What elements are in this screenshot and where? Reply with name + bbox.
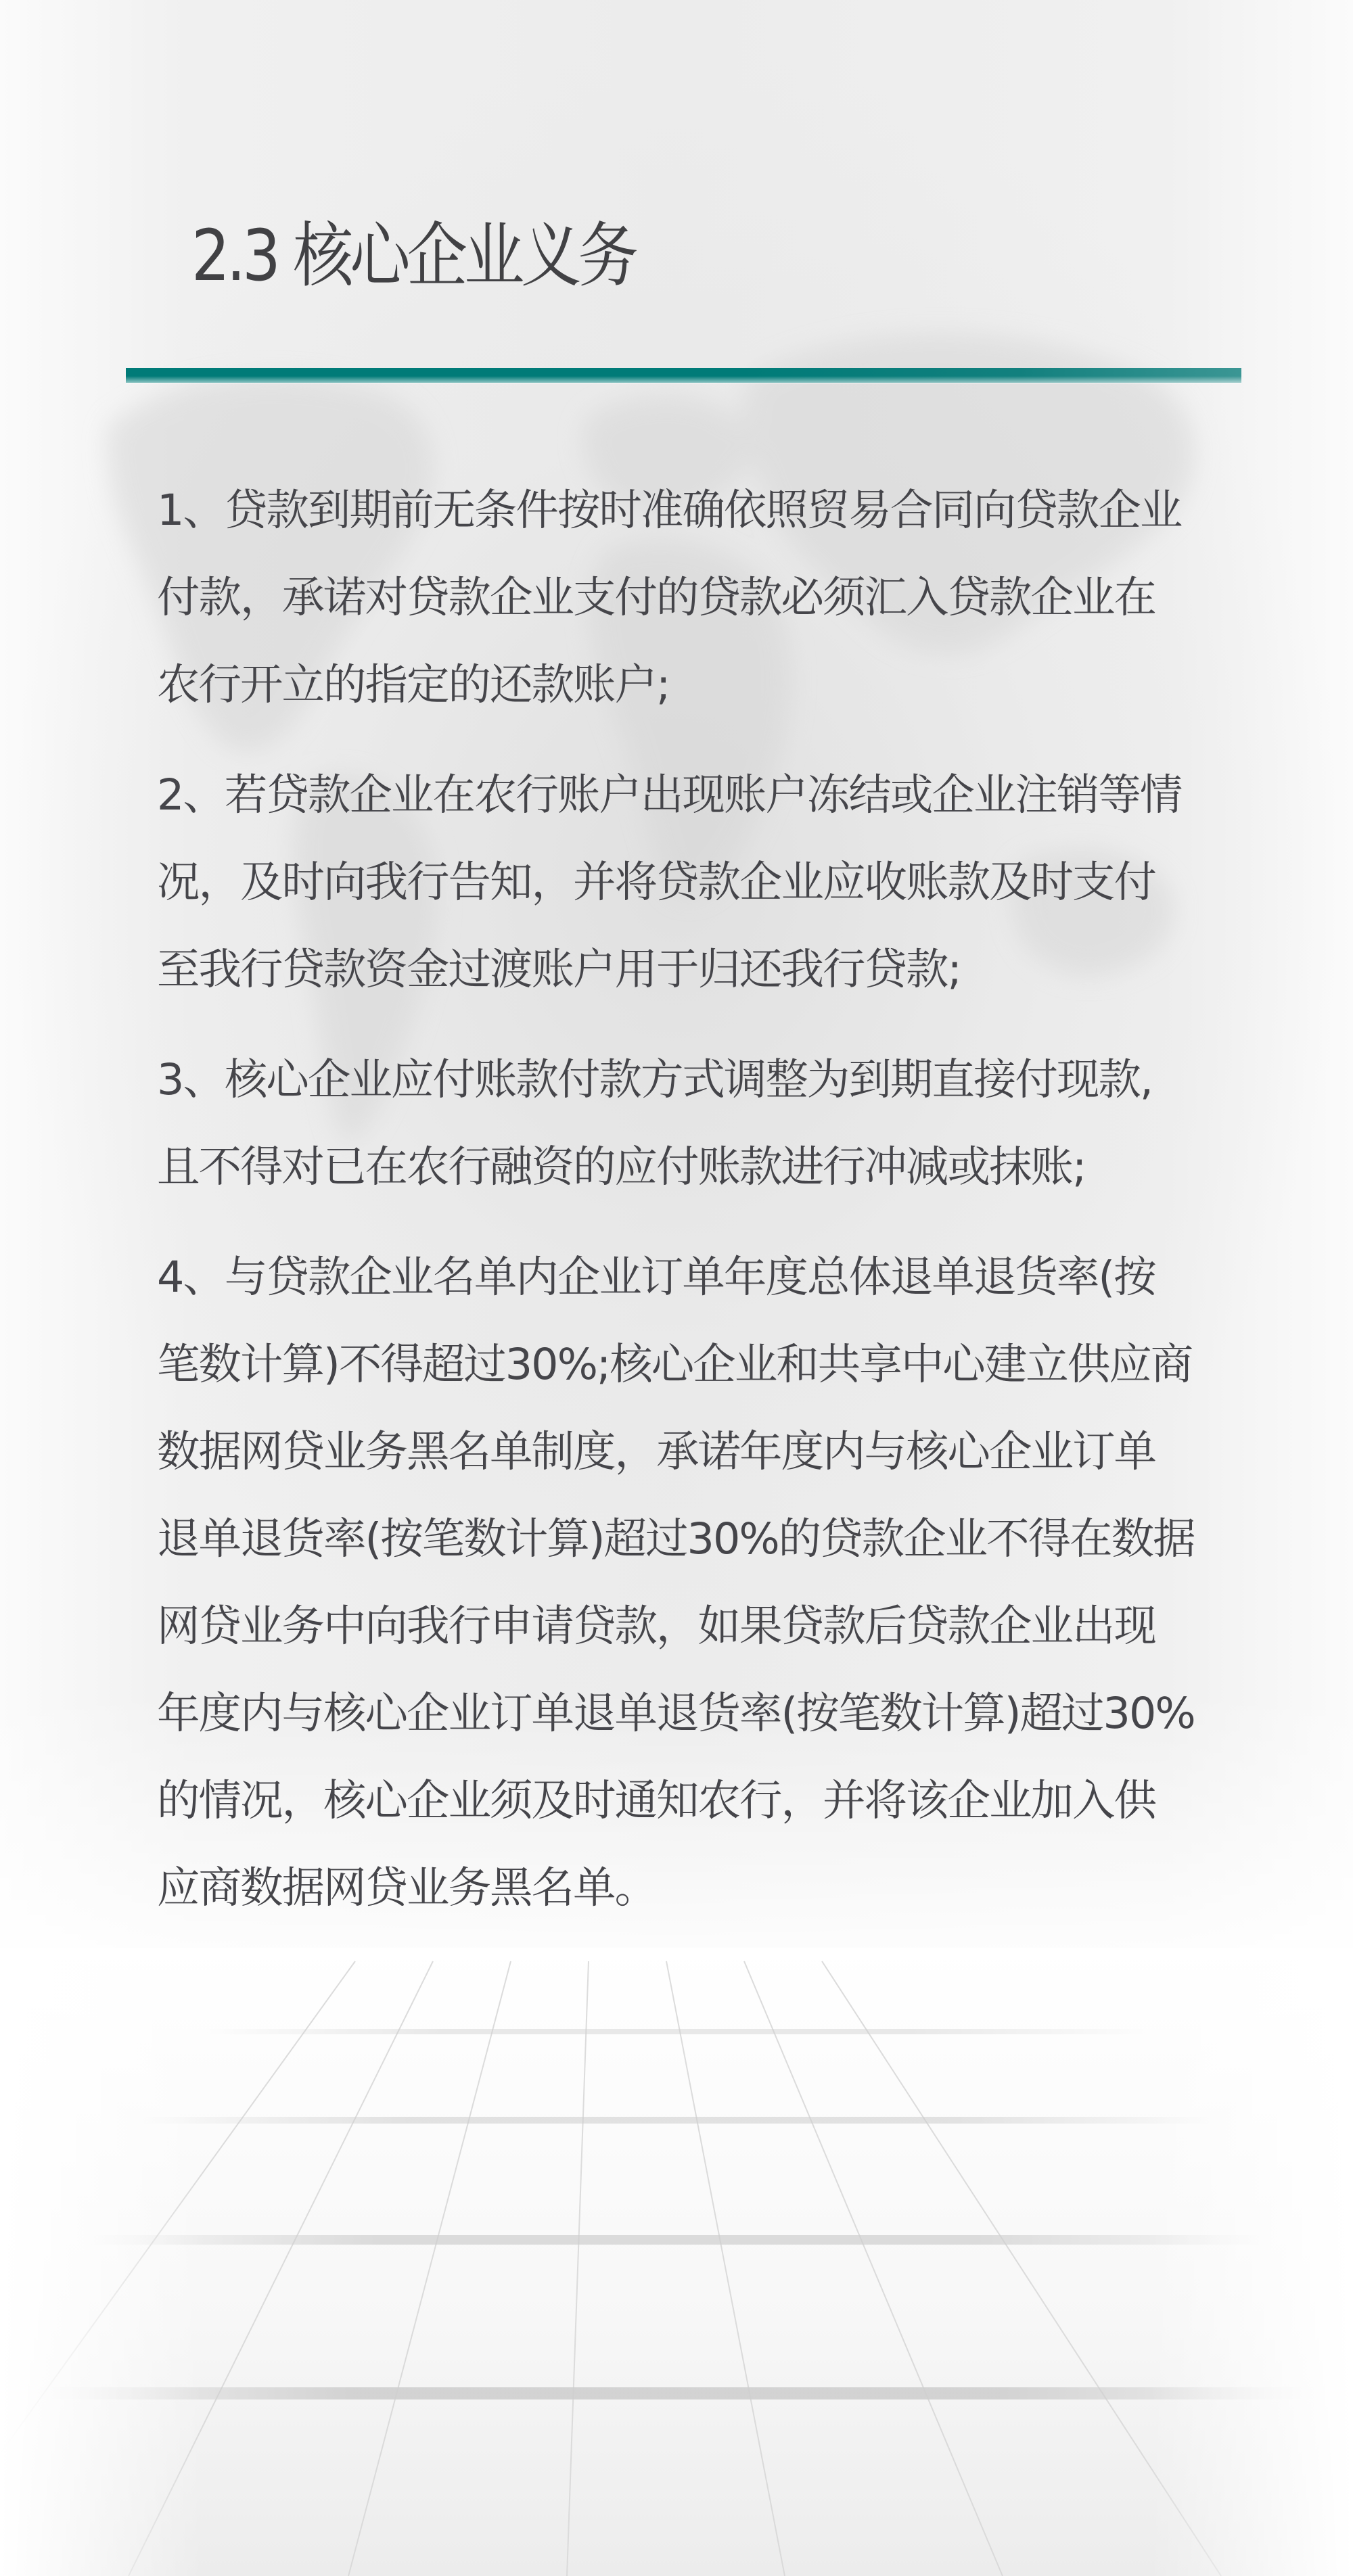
text-line: 退单退货率(按笔数计算)超过30%的贷款企业不得在数据	[157, 1495, 1199, 1583]
floor-grid-background-graphic	[0, 1948, 1353, 2576]
text-line: 3、核心企业应付账款付款方式调整为到期直接付现款,	[157, 1036, 1199, 1123]
text-line: 付款，承诺对贷款企业支付的贷款必须汇入贷款企业在	[157, 554, 1199, 641]
text-line: 的情况，核心企业须及时通知农行，并将该企业加入供	[157, 1757, 1199, 1844]
text-line: 1、贷款到期前无条件按时准确依照贸易合同向贷款企业	[157, 467, 1199, 554]
text-line: 年度内与核心企业订单退单退货率(按笔数计算)超过30%	[157, 1670, 1199, 1757]
text-line: 应商数据网贷业务黑名单。	[157, 1844, 1199, 1931]
text-line: 且不得对已在农行融资的应付账款进行冲减或抹账;	[157, 1123, 1199, 1211]
text-line: 4、与贷款企业名单内企业订单年度总体退单退货率(按	[157, 1234, 1199, 1321]
text-line: 笔数计算)不得超过30%;核心企业和共享中心建立供应商	[157, 1321, 1199, 1408]
obligation-item-4: 4、与贷款企业名单内企业订单年度总体退单退货率(按 笔数计算)不得超过30%;核…	[157, 1234, 1199, 1931]
text-line: 况，及时向我行告知，并将贷款企业应收账款及时支付	[157, 839, 1199, 926]
obligation-item-3: 3、核心企业应付账款付款方式调整为到期直接付现款, 且不得对已在农行融资的应付账…	[157, 1036, 1199, 1211]
title-underline-bar	[126, 368, 1241, 383]
text-line: 农行开立的指定的还款账户;	[157, 641, 1199, 728]
obligation-item-2: 2、若贷款企业在农行账户出现账户冻结或企业注销等情 况，及时向我行告知，并将贷款…	[157, 751, 1199, 1013]
text-line: 2、若贷款企业在农行账户出现账户冻结或企业注销等情	[157, 751, 1199, 839]
text-line: 网贷业务中向我行申请贷款，如果贷款后贷款企业出现	[157, 1583, 1199, 1670]
obligation-item-1: 1、贷款到期前无条件按时准确依照贸易合同向贷款企业 付款，承诺对贷款企业支付的贷…	[157, 467, 1199, 728]
text-line: 至我行贷款资金过渡账户用于归还我行贷款;	[157, 926, 1199, 1013]
text-line: 数据网贷业务黑名单制度，承诺年度内与核心企业订单	[157, 1408, 1199, 1495]
page-title: 2.3 核心企业义务	[191, 215, 635, 296]
obligations-list: 1、贷款到期前无条件按时准确依照贸易合同向贷款企业 付款，承诺对贷款企业支付的贷…	[157, 467, 1199, 1954]
